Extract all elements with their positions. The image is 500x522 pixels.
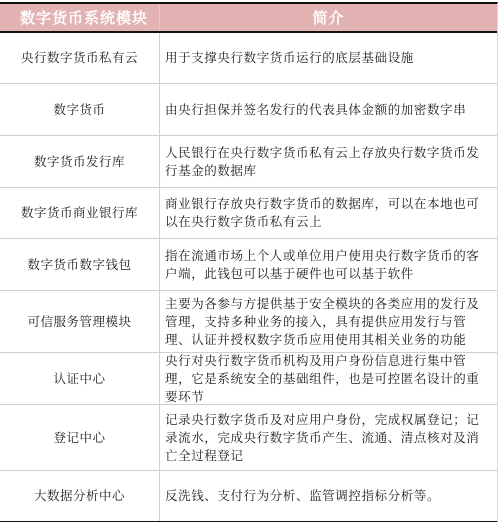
module-cell: 央行数字货币私有云 (0, 33, 160, 83)
table-row: 认证中心 央行对央行数字货币机构及用户身份信息进行集中管理，它是系统安全的基础组… (0, 353, 497, 405)
table-row: 数字货币商业银行库 商业银行存放央行数字货币的数据库，可以在本地也可以在央行数字… (0, 188, 497, 239)
table-row: 大数据分析中心 反洗钱、支付行为分析、监管调控指标分析等。 (0, 471, 497, 521)
table-header-row: 数字货币系统模块 简介 (0, 4, 497, 33)
table-row: 数字货币 由央行担保并签名发行的代表具体金额的加密数字串 (0, 84, 497, 136)
module-cell: 登记中心 (0, 405, 160, 470)
table-row: 登记中心 记录央行数字货币及对应用户身份，完成权属登记；记录流水，完成央行数字货… (0, 405, 497, 471)
description-cell: 由央行担保并签名发行的代表具体金额的加密数字串 (160, 84, 497, 135)
description-cell: 主要为各参与方提供基于安全模块的各类应用的发行及管理，支持多种业务的接入，具有提… (160, 291, 497, 352)
module-cell: 数字货币数字钱包 (0, 239, 160, 290)
module-cell: 大数据分析中心 (0, 471, 160, 521)
description-cell: 人民银行在央行数字货币私有云上存放央行数字货币发行基金的数据库 (160, 136, 497, 187)
description-cell: 记录央行数字货币及对应用户身份，完成权属登记；记录流水，完成央行数字货币产生、流… (160, 405, 497, 470)
digital-currency-modules-table: 数字货币系统模块 简介 央行数字货币私有云 用于支撑央行数字货币运行的底层基础设… (0, 2, 498, 522)
description-cell: 央行对央行数字货币机构及用户身份信息进行集中管理，它是系统安全的基础组件，也是可… (160, 353, 497, 404)
description-cell: 用于支撑央行数字货币运行的底层基础设施 (160, 33, 497, 83)
header-description: 简介 (160, 4, 497, 31)
module-cell: 数字货币商业银行库 (0, 188, 160, 238)
description-cell: 商业银行存放央行数字货币的数据库，可以在本地也可以在央行数字货币私有云上 (160, 188, 497, 238)
module-cell: 数字货币 (0, 84, 160, 135)
table-row: 可信服务管理模块 主要为各参与方提供基于安全模块的各类应用的发行及管理，支持多种… (0, 291, 497, 353)
description-cell: 反洗钱、支付行为分析、监管调控指标分析等。 (160, 471, 497, 521)
header-module: 数字货币系统模块 (0, 4, 160, 31)
table-row: 数字货币发行库 人民银行在央行数字货币私有云上存放央行数字货币发行基金的数据库 (0, 136, 497, 188)
module-cell: 数字货币发行库 (0, 136, 160, 187)
module-cell: 认证中心 (0, 353, 160, 404)
module-cell: 可信服务管理模块 (0, 291, 160, 352)
table-row: 央行数字货币私有云 用于支撑央行数字货币运行的底层基础设施 (0, 33, 497, 84)
description-cell: 指在流通市场上个人或单位用户使用央行数字货币的客户端，此钱包可以基于硬件也可以基… (160, 239, 497, 290)
table-row: 数字货币数字钱包 指在流通市场上个人或单位用户使用央行数字货币的客户端，此钱包可… (0, 239, 497, 291)
